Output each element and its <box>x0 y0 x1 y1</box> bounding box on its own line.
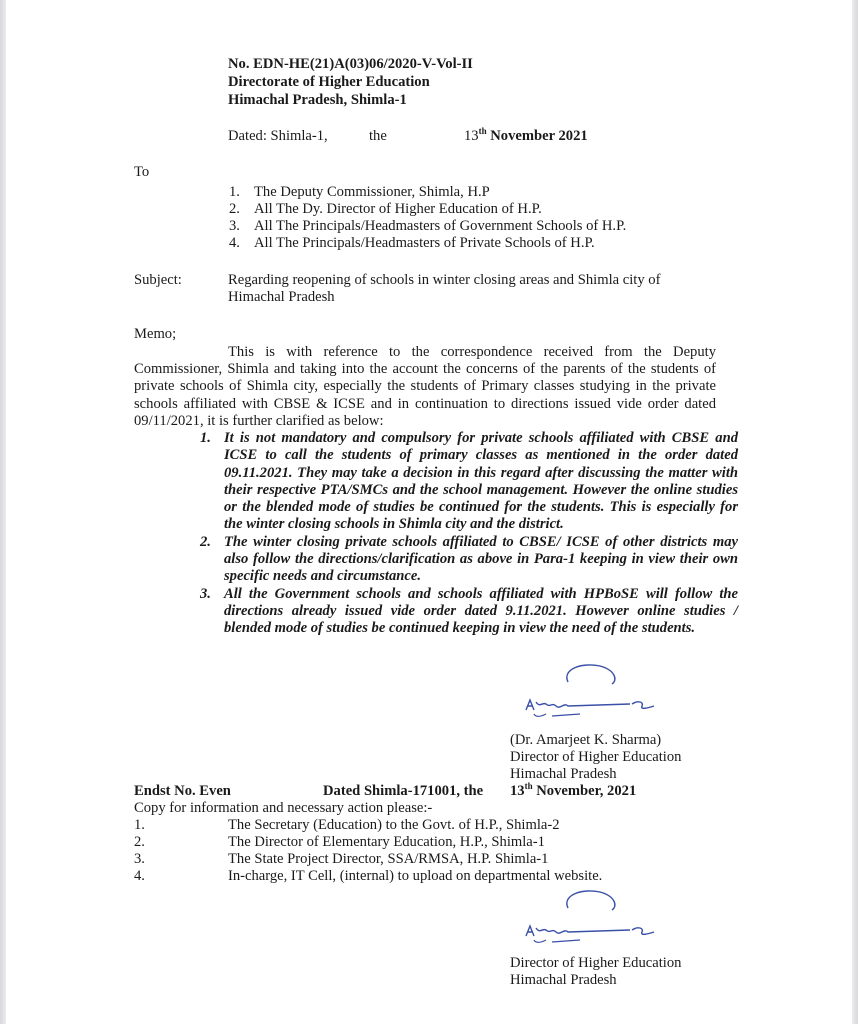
point-text: All the Government schools and schools a… <box>224 586 738 637</box>
signatory-name: (Dr. Amarjeet K. Sharma) <box>510 732 661 749</box>
recipient-item: All The Principals/Headmasters of Privat… <box>254 235 595 252</box>
point-number: 3. <box>200 586 211 603</box>
memo-line: schools affiliated with CBSE & ICSE and … <box>134 396 716 413</box>
page-edge-right <box>852 0 858 1024</box>
point-text: The winter closing private schools affil… <box>224 534 738 585</box>
copy-item: In-charge, IT Cell, (internal) to upload… <box>228 868 602 885</box>
memo-label: Memo; <box>134 326 176 343</box>
recipient-item: All The Principals/Headmasters of Govern… <box>254 218 626 235</box>
subject-line-1: Regarding reopening of schools in winter… <box>228 272 660 289</box>
clarification-point: 3.All the Government schools and schools… <box>200 586 738 638</box>
reference-number: No. EDN-HE(21)A(03)06/2020-V-Vol-II <box>228 56 473 73</box>
to-label: To <box>134 164 149 181</box>
recipient-num: 1. <box>229 184 240 201</box>
dated-label: Dated: Shimla-1, <box>228 128 328 145</box>
date-value: 13th November 2021 <box>464 128 588 145</box>
office-name: Directorate of Higher Education <box>228 74 430 91</box>
signature-icon <box>520 662 670 722</box>
copy-item: The Director of Elementary Education, H.… <box>228 834 545 851</box>
point-number: 1. <box>200 430 211 447</box>
clarification-point: 1.It is not mandatory and compulsory for… <box>200 430 738 534</box>
copy-num: 3. <box>134 851 145 868</box>
office-location: Himachal Pradesh, Shimla-1 <box>228 92 407 109</box>
point-number: 2. <box>200 534 211 551</box>
copy-num: 4. <box>134 868 145 885</box>
endorsement-state: Himachal Pradesh <box>510 972 617 989</box>
memo-line: Commissioner, Shimla and taking into the… <box>134 361 716 378</box>
the-label: the <box>369 128 387 145</box>
signatory-designation: Director of Higher Education <box>510 749 681 766</box>
recipient-item: The Deputy Commissioner, Shimla, H.P <box>254 184 490 201</box>
endorsement-number: Endst No. Even <box>134 783 231 800</box>
signature-icon <box>520 888 670 948</box>
subject-label: Subject: <box>134 272 182 289</box>
clarification-points: 1.It is not mandatory and compulsory for… <box>200 430 738 638</box>
subject-line-2: Himachal Pradesh <box>228 289 335 306</box>
recipient-num: 3. <box>229 218 240 235</box>
endorsement-date: 13th November, 2021 <box>510 783 636 800</box>
endorsement-dated-label: Dated Shimla-171001, the <box>323 783 483 800</box>
memo-paragraph: This is with reference to the correspond… <box>134 344 716 430</box>
clarification-point: 2.The winter closing private schools aff… <box>200 534 738 586</box>
endorsement-designation: Director of Higher Education <box>510 955 681 972</box>
memo-line: private schools of Shimla city, especial… <box>134 378 716 395</box>
memo-line: This is with reference to the correspond… <box>134 344 716 361</box>
point-text: It is not mandatory and compulsory for p… <box>224 430 738 532</box>
memo-line: 09/11/2021, it is further clarified as b… <box>134 413 716 430</box>
copy-num: 1. <box>134 817 145 834</box>
copy-line: Copy for information and necessary actio… <box>134 800 432 817</box>
copy-num: 2. <box>134 834 145 851</box>
copy-item: The State Project Director, SSA/RMSA, H.… <box>228 851 548 868</box>
recipient-num: 4. <box>229 235 240 252</box>
page-edge-left <box>0 0 6 1024</box>
copy-item: The Secretary (Education) to the Govt. o… <box>228 817 560 834</box>
recipient-num: 2. <box>229 201 240 218</box>
recipient-item: All The Dy. Director of Higher Education… <box>254 201 542 218</box>
